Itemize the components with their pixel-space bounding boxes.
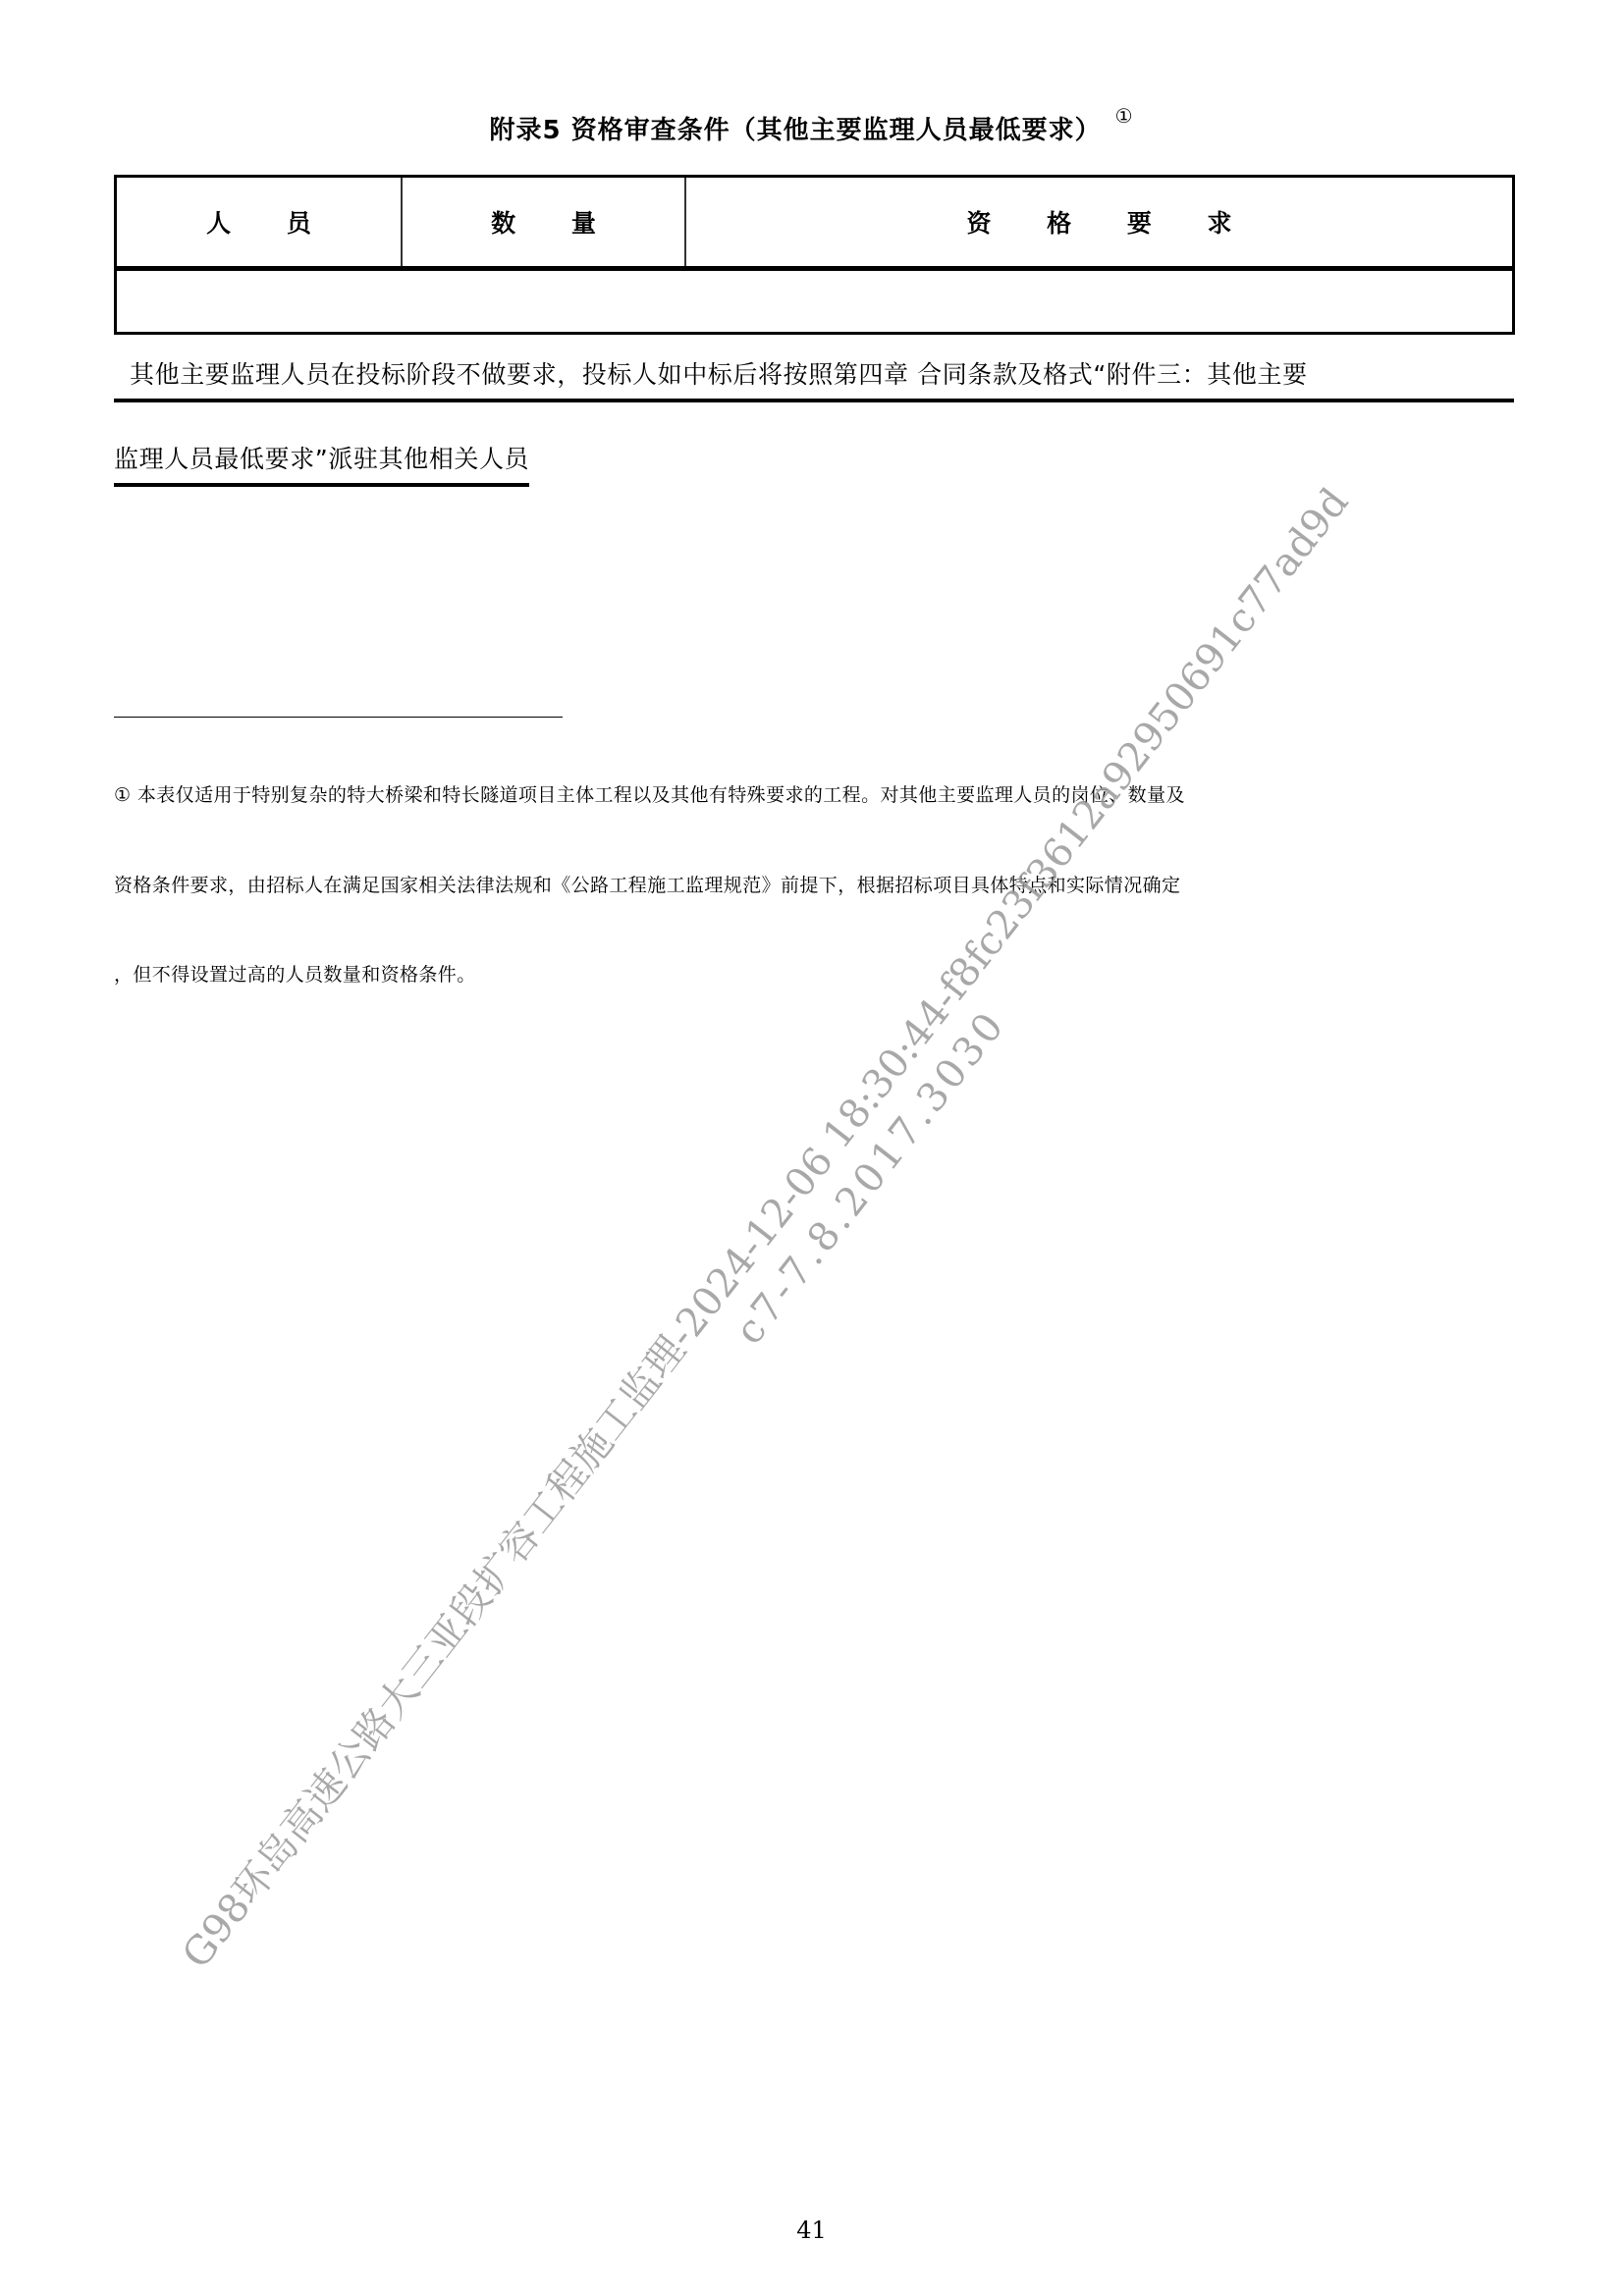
footnote-mark: ① <box>1115 104 1134 128</box>
page-title: 附录5 资格审查条件（其他主要监理人员最低要求）① <box>0 110 1623 146</box>
table-cell-empty <box>116 269 1514 334</box>
watermark-line-1: G98环岛高速公路大三亚段扩容工程施工监理-2024-12-06 18:30:4… <box>167 474 1359 1978</box>
title-text: 附录5 资格审查条件（其他主要监理人员最低要求） <box>489 116 1101 145</box>
requirements-table: 人 员 数 量 资 格 要 求 <box>114 175 1515 335</box>
body-paragraph-line-1: 其他主要监理人员在投标阶段不做要求，投标人如中标后将按照第四章 合同条款及格式“… <box>114 355 1514 402</box>
footnote-line-1: ① 本表仅适用于特别复杂的特大桥梁和特长隧道项目主体工程以及其他有特殊要求的工程… <box>114 780 1185 807</box>
page-number: 41 <box>0 2216 1623 2244</box>
header-qualification: 资 格 要 求 <box>685 177 1514 269</box>
footnote-line-3: ，但不得设置过高的人员数量和资格条件。 <box>114 960 476 987</box>
footnote-separator <box>114 717 563 718</box>
header-personnel: 人 员 <box>116 177 403 269</box>
header-quantity: 数 量 <box>402 177 685 269</box>
body-paragraph-line-2: 监理人员最低要求”派驻其他相关人员 <box>114 440 529 487</box>
table-row <box>116 269 1514 334</box>
table-header-row: 人 员 数 量 资 格 要 求 <box>116 177 1514 269</box>
